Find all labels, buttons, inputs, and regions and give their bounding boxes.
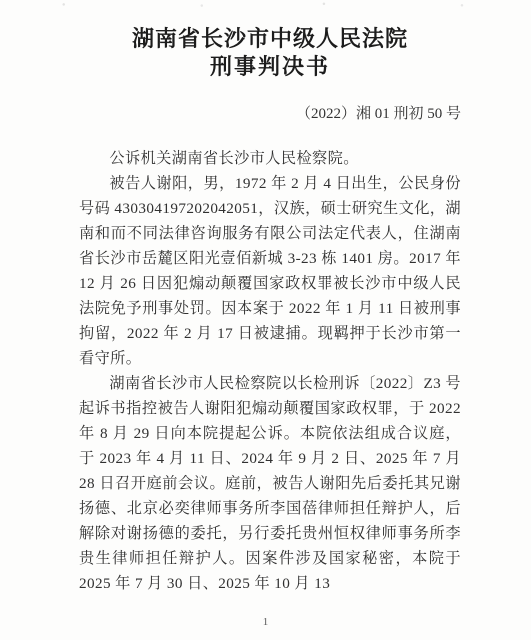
scan-artifact — [0, 2, 531, 8]
page-number: 1 — [0, 616, 531, 628]
document-type-title: 刑事判决书 — [79, 53, 461, 81]
paragraph-procedure-history: 湖南省长沙市人民检察院以长检刑诉〔2022〕Z3 号起诉书指控被告人谢阳犯煽动颠… — [79, 371, 461, 596]
judgment-document-page: 湖南省长沙市中级人民法院 刑事判决书 （2022）湘 01 刑初 50 号 公诉… — [0, 0, 531, 640]
court-name-title: 湖南省长沙市中级人民法院 — [79, 24, 461, 53]
paragraph-prosecution-organ: 公诉机关湖南省长沙市人民检察院。 — [79, 146, 461, 171]
paragraph-defendant-info: 被告人谢阳，男，1972 年 2 月 4 日出生，公民身份号码 43030419… — [79, 171, 461, 371]
document-body: 公诉机关湖南省长沙市人民检察院。 被告人谢阳，男，1972 年 2 月 4 日出… — [79, 146, 461, 596]
case-number: （2022）湘 01 刑初 50 号 — [79, 104, 461, 124]
